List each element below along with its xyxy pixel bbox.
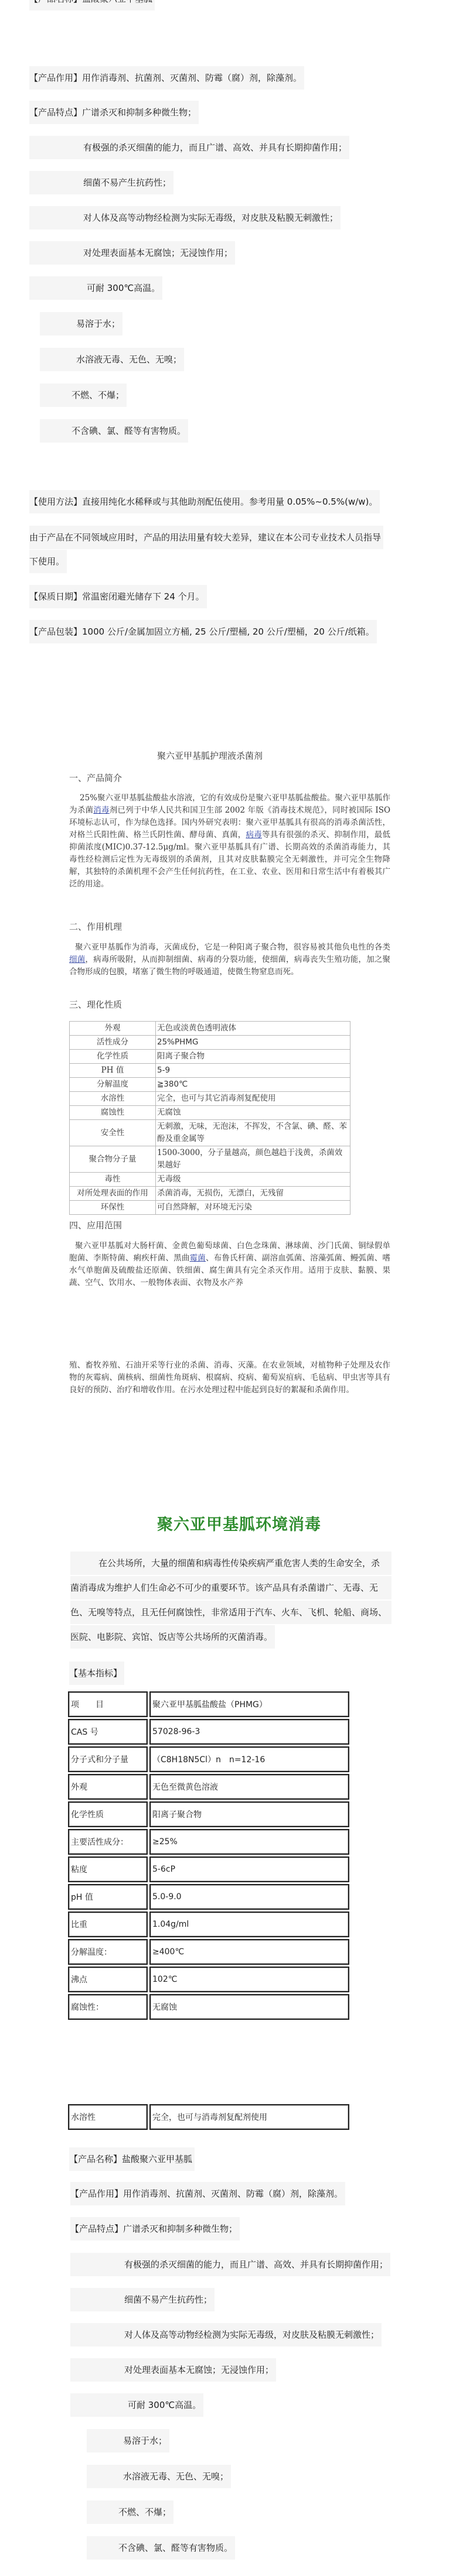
intro-line: 在公共场所，大量的细菌和病毒性传染疾病严重危害人类的生命安全，杀 bbox=[70, 1551, 391, 1575]
heading-intro: 一、产品简介 bbox=[69, 772, 122, 784]
table-row: 比重1.04g/ml bbox=[68, 1912, 349, 1937]
product-usage: 【产品作用】用作消毒剂、抗菌剂、灭菌剂、防霉（腐）剂，除藻剂。 bbox=[29, 66, 304, 90]
feature-item: 细菌不易产生抗药性； bbox=[29, 171, 173, 194]
application-continued: 殖、畜牧养殖、石油开采等行业的杀菌、消毒、灭藻。在农业领域，对植物种子处理及农作… bbox=[69, 1359, 390, 1396]
intro-line: 色、无嗅等特点，且无任何腐蚀性，非常适用于汽车、火车、飞机、轮船、商场、 bbox=[70, 1601, 391, 1624]
application-paragraph: 聚六亚甲基胍对大肠杆菌、金黄色葡萄球菌、白色念珠菌、淋球菌、沙门氏菌、铜绿假单胞… bbox=[69, 1240, 390, 1289]
table-row: 外观无色或淡黄色透明液体 bbox=[70, 1022, 350, 1036]
feature-item: 水溶液无毒、无色、无嗅； bbox=[40, 348, 184, 371]
table-row: 腐蚀性：无腐蚀 bbox=[68, 1994, 349, 2020]
feature-item: 不含碘、氯、醛等有害物质。 bbox=[40, 419, 188, 443]
feature-item: 不燃、不爆； bbox=[40, 383, 127, 407]
usage-advice-line-2: 下使用。 bbox=[29, 550, 67, 573]
feature-item: 水溶液无毒、无色、无嗅； bbox=[87, 2465, 231, 2488]
feature-item: 有极强的杀灭细菌的能力，而且广谱、高效、并具有长期抑菌作用； bbox=[29, 136, 349, 159]
feature-item: 对人体及高等动物经检测为实际无毒级，对皮肤及粘膜无刺激性； bbox=[70, 2323, 382, 2347]
feature-item: 对人体及高等动物经检测为实际无毒级，对皮肤及粘膜无刺激性； bbox=[29, 206, 341, 229]
table-row: pH 值5.0-9.0 bbox=[68, 1884, 349, 1910]
feature-item: 可耐 300℃高温。 bbox=[70, 2393, 203, 2417]
intro-line-text: 在公共场所，大量的细菌和病毒性传染疾病严重危害人类的生命安全，杀 bbox=[70, 1558, 380, 1568]
feature-item: 细菌不易产生抗药性； bbox=[70, 2288, 215, 2311]
link-virus[interactable]: 病毒 bbox=[246, 830, 262, 840]
table-row: 沸点102℃ bbox=[68, 1967, 349, 1992]
usage-advice-line-1: 由于产品在不同领域应用时，产品的用法用量有较大差异，建议在本公司专业技术人员指导 bbox=[29, 526, 383, 549]
product-features-label: 【产品特点】广谱杀灭和抑制多种微生物； bbox=[70, 2217, 240, 2241]
table-row: 环保性可自然降解，对环境无污染 bbox=[70, 1201, 350, 1215]
table-row: 主要活性成分：≥25% bbox=[68, 1829, 349, 1855]
shelf-life: 【保质日期】常温密闭避光储存下 24 个月。 bbox=[29, 585, 207, 608]
table-row: 粘度5-6cP bbox=[68, 1856, 349, 1882]
feature-item: 不燃、不爆； bbox=[87, 2500, 173, 2524]
intro-paragraph: 25%聚六亚甲基胍盐酸盐水溶液，它的有效成份是聚六亚甲基胍盐酸盐。聚六亚甲基胍作… bbox=[69, 792, 390, 890]
table-row: 化学性质阳离子聚合物 bbox=[68, 1801, 349, 1827]
link-mold[interactable]: 霉菌 bbox=[190, 1253, 206, 1263]
product-name-line: 【产品名称】盐酸聚六亚甲基胍 bbox=[69, 2147, 195, 2171]
mechanism-text: ，病毒所吸附，从而抑制细菌、病毒的分裂功能，使细菌，病毒丧失生殖功能，加之聚合物… bbox=[69, 955, 390, 977]
feature-item: 对处理表面基本无腐蚀；无浸蚀作用； bbox=[70, 2358, 276, 2382]
doc-title: 聚六亚甲基胍护理液杀菌剂 bbox=[157, 749, 263, 762]
table-row: 外观无色至微黄色溶液 bbox=[68, 1774, 349, 1800]
spec-table: 项 目聚六亚甲基胍盐酸盐（PHMG） CAS 号57028-96-3 分子式和分… bbox=[66, 1690, 351, 2022]
feature-item: 不含碘、氯、醛等有害物质。 bbox=[87, 2536, 235, 2560]
feature-item: 可耐 300℃高温。 bbox=[29, 276, 162, 300]
usage-method: 【使用方法】直接用纯化水稀释或与其他助剂配伍使用。参考用量 0.05%~0.5%… bbox=[29, 490, 380, 513]
table-row: 水溶性完全，也可与消毒剂复配剂使用 bbox=[68, 2104, 349, 2130]
feature-item: 有极强的杀灭细菌的能力，而且广谱、高效、并具有长期抑菌作用； bbox=[70, 2253, 390, 2276]
mechanism-text: 聚六亚甲基胍作为消毒，灭菌成份，它是一种阳离子聚合物，很容易被其他负电性的各类 bbox=[75, 943, 390, 952]
feature-item: 易溶于水； bbox=[40, 312, 122, 335]
table-row: 分解温度≧380℃ bbox=[70, 1078, 350, 1092]
spec-label: 【基本指标】 bbox=[69, 1662, 124, 1685]
table-row: 活性成分25%PHMG bbox=[70, 1036, 350, 1050]
product-name-line: 【产品名称】盐酸聚六亚甲基胍 bbox=[29, 0, 155, 11]
table-row: 对所处理表面的作用杀菌消毒，无损伤，无漂白，无残留 bbox=[70, 1187, 350, 1201]
feature-item: 易溶于水； bbox=[87, 2429, 169, 2452]
table-row: 腐蚀性无腐蚀 bbox=[70, 1106, 350, 1120]
mechanism-paragraph: 聚六亚甲基胍作为消毒，灭菌成份，它是一种阳离子聚合物，很容易被其他负电性的各类细… bbox=[69, 941, 390, 978]
table-row: CAS 号57028-96-3 bbox=[68, 1719, 349, 1745]
table-row: 分解温度：≥400℃ bbox=[68, 1939, 349, 1965]
feature-item: 对处理表面基本无腐蚀；无浸蚀作用； bbox=[29, 241, 235, 265]
table-row: 项 目聚六亚甲基胍盐酸盐（PHMG） bbox=[68, 1691, 349, 1717]
link-disinfect[interactable]: 消毒 bbox=[93, 806, 110, 815]
packaging: 【产品包装】1000 公斤/金属加固立方桶, 25 公斤/塑桶, 20 公斤/塑… bbox=[29, 620, 377, 643]
application-text: 殖、畜牧养殖、石油开采等行业的杀菌、消毒、灭藻。在农业领域，对植物种子处理及农作… bbox=[69, 1359, 390, 1396]
table-row: 分子式和分子量（C8H18N5Cl）n n=12-16 bbox=[68, 1746, 349, 1772]
heading-mechanism: 二、作用机理 bbox=[69, 920, 122, 933]
intro-line: 菌消毒成为维护人们生命必不可少的重要环节。该产品具有杀菌谱广、无毒、无 bbox=[70, 1576, 391, 1599]
product-usage: 【产品作用】用作消毒剂、抗菌剂、灭菌剂、防霉（腐）剂，除藻剂。 bbox=[70, 2182, 345, 2205]
spec-table-extra: 水溶性完全，也可与消毒剂复配剂使用 bbox=[66, 2102, 351, 2132]
env-disinfect-title: 聚六亚甲基胍环境消毒 bbox=[157, 1512, 321, 1534]
table-row: 安全性无刺激，无味，无泡沫，不挥发，不含氯、碘、醛、苯酚及重金属等 bbox=[70, 1120, 350, 1146]
intro-line: 医院、电影院、宾馆、饭店等公共场所的灭菌消毒。 bbox=[70, 1625, 275, 1649]
table-row: 水溶性完全，也可与其它消毒剂复配使用 bbox=[70, 1092, 350, 1106]
heading-application: 四、应用范围 bbox=[69, 1219, 122, 1231]
link-bacteria[interactable]: 细菌 bbox=[69, 955, 85, 964]
product-features-label: 【产品特点】广谱杀灭和抑制多种微生物； bbox=[29, 101, 199, 124]
table-row: 聚合物分子量1500-3000，分子量越高，颜色越趋于浅黄，杀菌效果越好 bbox=[70, 1146, 350, 1173]
properties-table: 外观无色或淡黄色透明液体 活性成分25%PHMG 化学性质阳离子聚合物 PH 值… bbox=[69, 1021, 350, 1215]
heading-properties: 三、理化性质 bbox=[69, 998, 122, 1010]
table-row: PH 值5-9 bbox=[70, 1064, 350, 1078]
table-row: 毒性无毒级 bbox=[70, 1173, 350, 1187]
table-row: 化学性质阳离子聚合物 bbox=[70, 1050, 350, 1064]
